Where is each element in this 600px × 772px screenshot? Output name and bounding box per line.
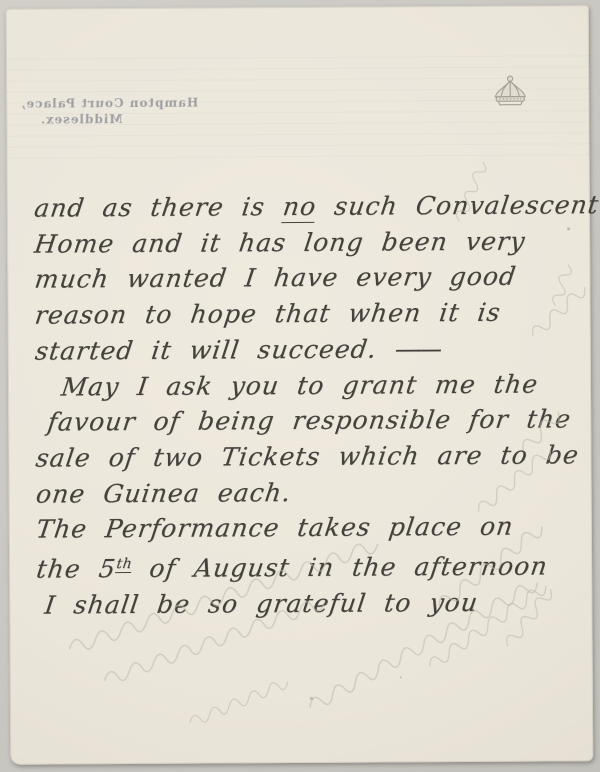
- letter-line: Home and it has long been very: [32, 223, 582, 262]
- letterhead-address-line2: Middlesex.: [36, 112, 126, 127]
- letter-text: reason to hope that when it is: [33, 298, 503, 330]
- paper-speck: [567, 227, 570, 230]
- letter-line: one Guinea each.: [34, 473, 584, 512]
- letter-text: one Guinea each.: [34, 478, 293, 509]
- letter-line: The Performance takes place on: [34, 509, 584, 548]
- letter-line: I shall be so grateful to you: [34, 584, 584, 623]
- letter-text: much wanted I have every good: [33, 262, 518, 294]
- letter-text: The Performance takes place on: [34, 512, 515, 544]
- letter-text: of August in the afternoon: [130, 552, 550, 584]
- letter-page: Hampton Court Palace, Middlesex. and as …: [6, 5, 594, 765]
- letter-line: sale of two Tickets which are to be: [34, 437, 584, 476]
- letter-line: reason to hope that when it is: [33, 294, 583, 333]
- letter-text: sale of two Tickets which are to be: [34, 440, 581, 472]
- photo-background: { "colors": { "mount_background": "#c8c6…: [0, 0, 600, 772]
- letter-text: started it will succeed.: [33, 334, 397, 365]
- paper-speck: [400, 676, 402, 678]
- letter-text: no: [281, 192, 319, 223]
- letter-text: Home and it has long been very: [33, 226, 528, 258]
- letterhead-address-line1: Hampton Court Palace,: [58, 96, 198, 111]
- letter-text: ——: [393, 334, 441, 363]
- letter-text: such Convalescent: [315, 190, 600, 221]
- letter-line: much wanted I have every good: [32, 259, 582, 298]
- letter-text: and as there is: [33, 192, 286, 223]
- paper-speck: [310, 697, 313, 700]
- letter-line: May I ask you to grant me the: [33, 366, 583, 405]
- letter-text: favour of being responsible for the: [46, 405, 573, 437]
- letter-line: the 5th of August in the afternoon: [34, 544, 584, 587]
- letter-text: May I ask you to grant me the: [60, 369, 541, 401]
- letter-line: and as there is no such Convalescent: [32, 187, 582, 226]
- letter-text: the: [35, 554, 101, 583]
- letter-line: started it will succeed. ——: [33, 330, 583, 369]
- letter-line: favour of being responsible for the: [33, 401, 583, 440]
- letter-text: I shall be so grateful to you: [43, 588, 480, 620]
- letter-body: and as there is no such ConvalescentHome…: [32, 187, 580, 623]
- crown-icon: [488, 72, 532, 112]
